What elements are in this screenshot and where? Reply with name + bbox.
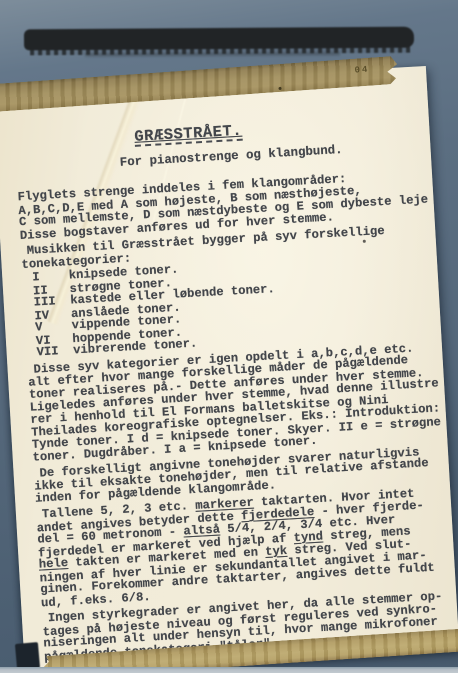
page-number-mark: 04	[354, 65, 369, 76]
scan-edge-strip	[0, 667, 458, 673]
typewritten-page: GRÆSSTRÅET. For pianostrenge og klangbun…	[0, 66, 458, 673]
document-content: GRÆSSTRÅET. For pianostrenge og klangbun…	[0, 66, 458, 673]
tape-speck	[278, 87, 281, 90]
document-body: Flyglets strenge inddeles i fem klangomr…	[17, 168, 452, 663]
scanned-photo-background: GRÆSSTRÅET. For pianostrenge og klangbun…	[0, 0, 458, 673]
redaction-smear	[85, 52, 340, 56]
paragraph: Tallene 5, 2, 3 etc. markerer taktarten.…	[36, 486, 450, 609]
redaction-bar	[24, 27, 414, 51]
corner-shadow	[15, 642, 40, 670]
paragraph: Disse syv kategorier er igen opdelt i a,…	[27, 340, 441, 463]
title-text: GRÆSSTRÅET.	[134, 125, 243, 147]
